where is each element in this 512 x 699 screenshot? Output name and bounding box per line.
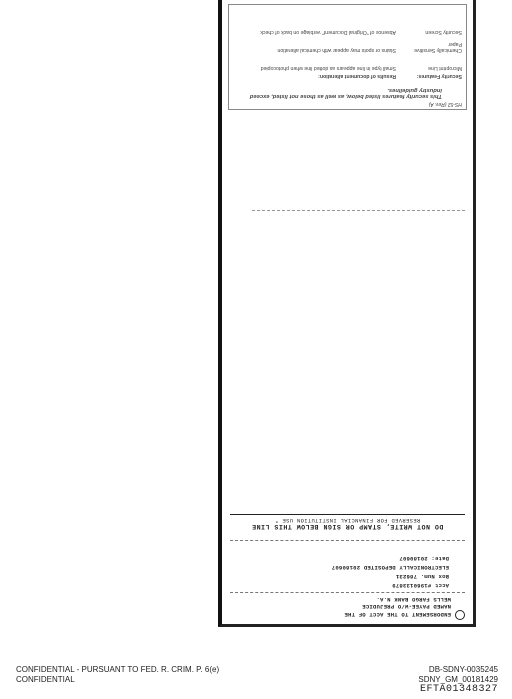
faint-line	[252, 210, 465, 211]
bates-numbers: DB-SDNY-0035245 SDNY_GM_00181429 EFTA013…	[418, 665, 498, 695]
security-item-desc: Stains or spots may appear with chemical…	[235, 47, 396, 53]
rotated-check-content: ENDORSEMENT TO THE ACCT OF THE NAMED PAY…	[222, 0, 473, 624]
restriction-main: DO NOT WRITE, STAMP OR SIGN BELOW THIS L…	[230, 523, 465, 530]
confidential-line2: CONFIDENTIAL	[16, 675, 219, 685]
security-col-left: Security Features:	[402, 73, 462, 79]
endorsement-line1: ENDORSEMENT TO THE ACCT OF THE	[344, 612, 451, 619]
restriction-notice: DO NOT WRITE, STAMP OR SIGN BELOW THIS L…	[230, 514, 465, 530]
confidentiality-footer: CONFIDENTIAL - PURSUANT TO FED. R. CRIM.…	[16, 665, 219, 685]
divider	[230, 540, 465, 541]
form-code: HS-52 (Rev. A)	[429, 101, 462, 107]
security-item-label: Microprint Line	[402, 65, 462, 71]
security-col-right: Results of document alteration:	[235, 73, 396, 79]
bates-db: DB-SDNY-0035245	[418, 665, 498, 675]
bates-efta: EFTA01348327	[418, 685, 498, 695]
check-back-image: ENDORSEMENT TO THE ACCT OF THE NAMED PAY…	[218, 0, 476, 627]
box-number: Box Num. 786231	[230, 573, 465, 580]
security-item-label: Chemically Sensitive Paper	[402, 40, 462, 53]
deposit-status: ELECTRONICALLY DEPOSITED 20180607	[230, 564, 465, 571]
endorsement-line2: NAMED PAYEE-W/O PREJUDICE	[230, 603, 465, 610]
account-number: Acct #1960133879	[230, 582, 465, 589]
confidential-line1: CONFIDENTIAL - PURSUANT TO FED. R. CRIM.…	[16, 665, 219, 675]
endorsement-line3: WELLS FARGO BANK N.A.	[230, 596, 465, 603]
security-features-box: HS-52 (Rev. A) This security features li…	[228, 4, 467, 110]
security-headline: This security features listed below, as …	[237, 86, 442, 99]
deposit-date: Date: 20180607	[230, 555, 465, 562]
security-item-desc: Small type in line appears as dotted lin…	[235, 65, 396, 71]
endorsement-stamp: ENDORSEMENT TO THE ACCT OF THE NAMED PAY…	[230, 537, 465, 620]
security-item-label: Security Screen	[402, 29, 462, 35]
security-item-desc: Absence of "Original Document" verbiage …	[235, 29, 396, 35]
circle-icon	[455, 610, 465, 620]
divider	[230, 592, 465, 593]
restriction-sub: RESERVED FOR FINANCIAL INSTITUTION USE *	[230, 514, 465, 523]
